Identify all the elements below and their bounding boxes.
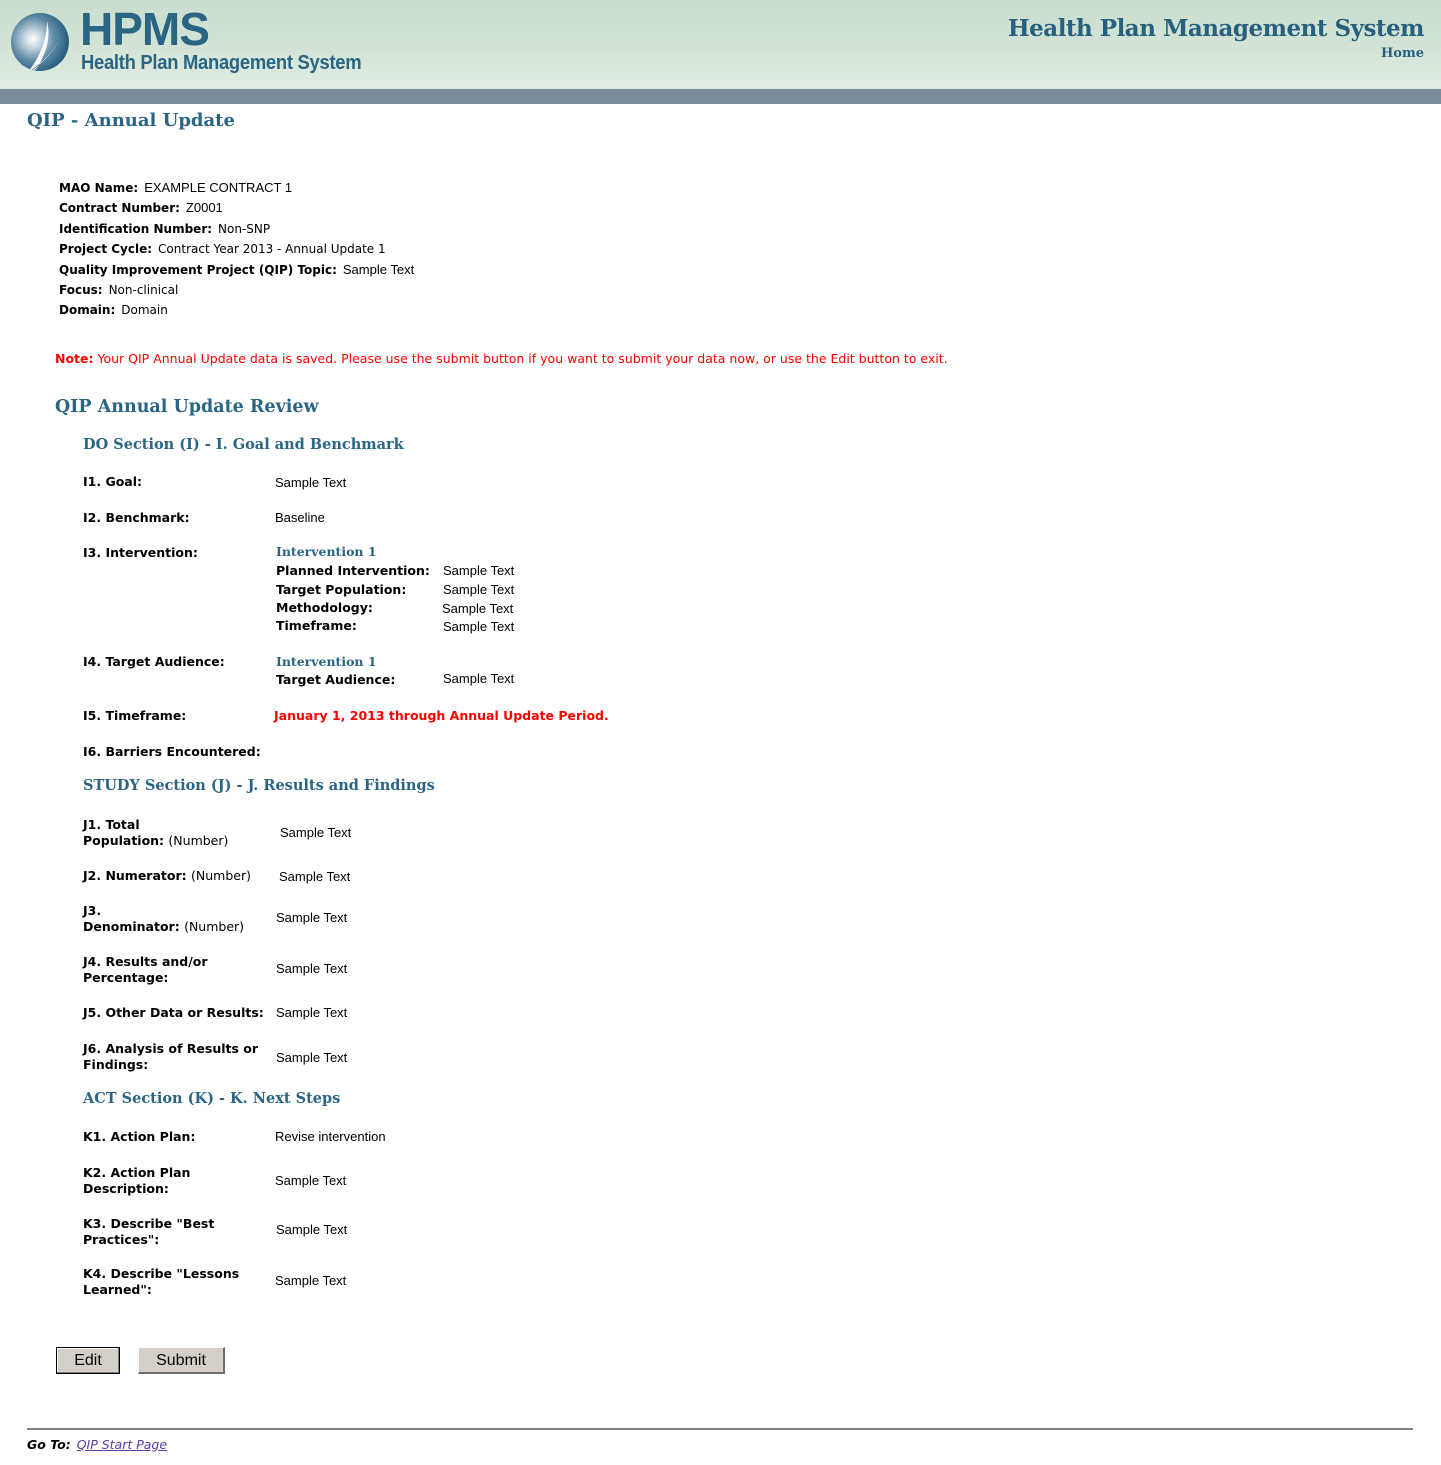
value-k2-action-plan-description: Sample Text (275, 1173, 346, 1188)
value-k4-lessons-learned: Sample Text (275, 1273, 346, 1288)
label-j3-denominator: J3. Denominator: (Number) (83, 903, 268, 934)
info-qip-topic: Quality Improvement Project (QIP) Topic:… (59, 260, 337, 280)
label-k4-lessons-learned: K4. Describe "Lessons Learned": (83, 1266, 268, 1297)
label-j4-results-percentage: J4. Results and/or Percentage: (83, 954, 268, 985)
label-planned-intervention: Planned Intervention: (276, 563, 430, 578)
info-mao-name: MAO Name:EXAMPLE CONTRACT 1 (59, 178, 337, 198)
home-link[interactable]: Home (1381, 46, 1424, 61)
label-j2-numerator: J2. Numerator: (Number) (83, 868, 268, 884)
value-target-population: Sample Text (443, 582, 514, 597)
info-contract-number: Contract Number:Z0001 (59, 198, 337, 218)
label-k1-action-plan: K1. Action Plan: (83, 1129, 268, 1145)
section-title-act: ACT Section (K) - K. Next Steps (83, 1090, 340, 1107)
label-i6-barriers: I6. Barriers Encountered: (83, 744, 283, 760)
label-k3-best-practices: K3. Describe "Best Practices": (83, 1216, 268, 1247)
info-identification-number: Identification Number:Non-SNP (59, 219, 337, 239)
submit-button[interactable]: Submit (138, 1347, 225, 1374)
i3-intervention-heading: Intervention 1 (276, 544, 377, 559)
label-timeframe: Timeframe: (276, 618, 357, 633)
value-i1-goal: Sample Text (275, 475, 346, 490)
value-planned-intervention: Sample Text (443, 563, 514, 578)
edit-button[interactable]: Edit (56, 1347, 120, 1374)
system-title: Health Plan Management System (1008, 15, 1424, 42)
footer-divider (27, 1428, 1413, 1430)
goto-nav: Go To: QIP Start Page (27, 1437, 167, 1452)
label-k2-action-plan-description: K2. Action Plan Description: (83, 1165, 268, 1196)
info-project-cycle: Project Cycle:Contract Year 2013 - Annua… (59, 239, 337, 259)
value-k3-best-practices: Sample Text (276, 1222, 347, 1237)
value-j6-analysis: Sample Text (276, 1050, 347, 1065)
value-i5-timeframe: January 1, 2013 through Annual Update Pe… (274, 708, 609, 723)
label-j5-other-data: J5. Other Data or Results: (83, 1005, 283, 1021)
value-timeframe: Sample Text (443, 619, 514, 634)
page-title: QIP - Annual Update (27, 110, 235, 131)
contract-info: MAO Name:EXAMPLE CONTRACT 1 Contract Num… (59, 178, 337, 321)
info-focus: Focus:Non-clinical (59, 280, 337, 300)
value-j3-denominator: Sample Text (276, 910, 347, 925)
i4-intervention-heading: Intervention 1 (276, 654, 377, 669)
label-i3-intervention: I3. Intervention: (83, 545, 268, 561)
value-target-audience: Sample Text (443, 671, 514, 686)
info-domain: Domain:Domain (59, 300, 337, 320)
label-j1-total-population: J1. Total Population: (Number) (83, 817, 268, 848)
swoosh-icon (17, 19, 69, 71)
label-i1-goal: I1. Goal: (83, 474, 268, 490)
label-i4-target-audience: I4. Target Audience: (83, 654, 268, 670)
section-title-study: STUDY Section (J) - J. Results and Findi… (83, 777, 435, 794)
label-methodology: Methodology: (276, 600, 373, 615)
value-i2-benchmark: Baseline (275, 510, 325, 525)
logo-subtitle: Health Plan Management System (81, 52, 361, 74)
page-header: HPMS Health Plan Management System Healt… (0, 0, 1441, 89)
value-j5-other-data: Sample Text (276, 1005, 347, 1020)
value-j1-total-population: Sample Text (280, 825, 351, 840)
value-j4-results-percentage: Sample Text (276, 961, 347, 976)
value-methodology: Sample Text (442, 601, 513, 616)
logo-abbrev: HPMS (80, 4, 209, 54)
value-k1-action-plan: Revise intervention (275, 1129, 386, 1144)
value-j2-numerator: Sample Text (279, 869, 350, 884)
review-title: QIP Annual Update Review (55, 397, 319, 417)
saved-note: Note: Your QIP Annual Update data is sav… (55, 351, 948, 366)
label-i2-benchmark: I2. Benchmark: (83, 510, 268, 526)
header-divider-bar (0, 89, 1441, 104)
label-j6-analysis: J6. Analysis of Results or Findings: (83, 1041, 268, 1072)
section-title-do: DO Section (I) - I. Goal and Benchmark (83, 436, 404, 453)
qip-start-page-link[interactable]: QIP Start Page (77, 1437, 167, 1452)
label-target-population: Target Population: (276, 582, 406, 597)
label-target-audience: Target Audience: (276, 672, 395, 687)
hpms-globe-logo-icon (11, 13, 69, 71)
goto-label: Go To: (27, 1437, 71, 1452)
label-i5-timeframe: I5. Timeframe: (83, 708, 268, 724)
